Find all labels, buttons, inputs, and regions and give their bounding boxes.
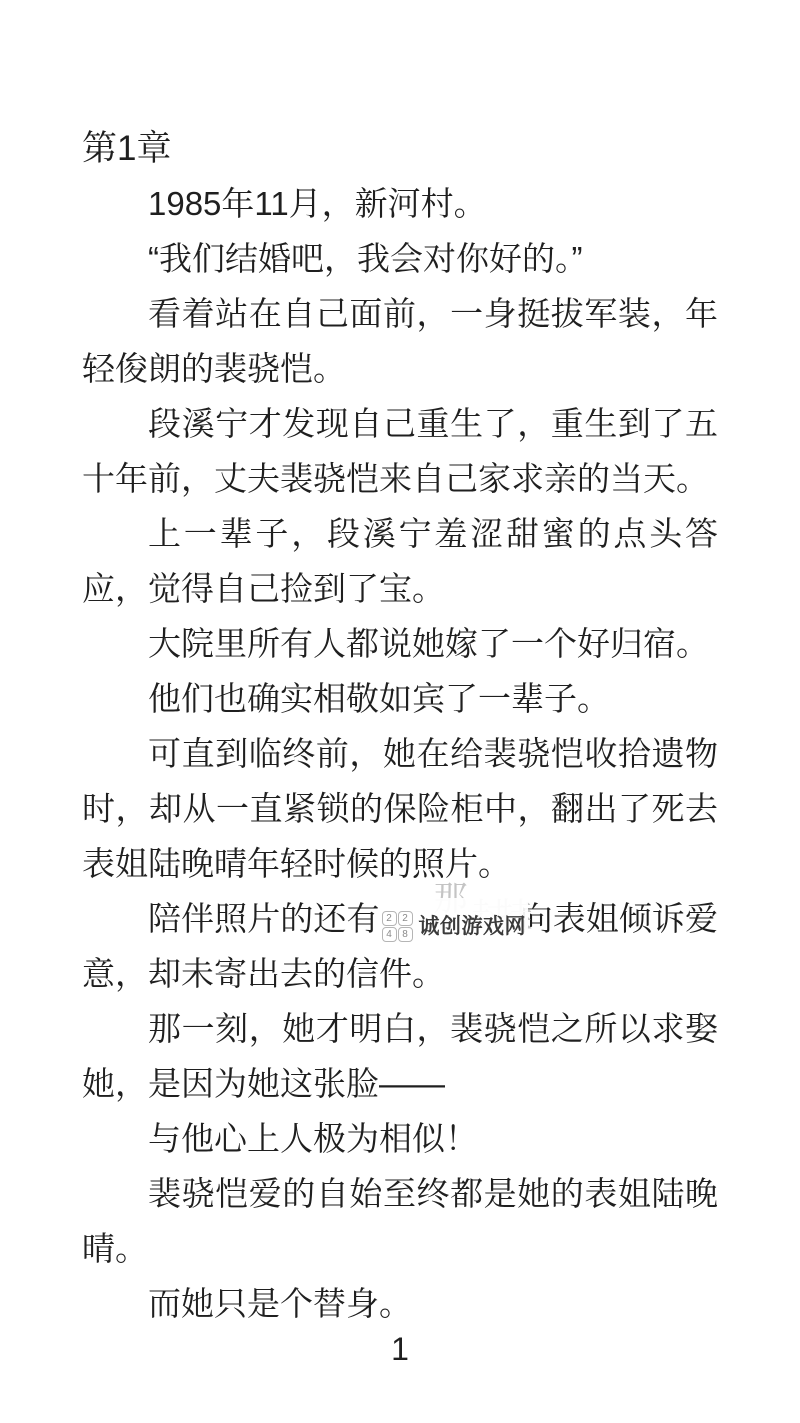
- paragraph: 看着站在自己面前，一身挺拔军装，年轻俊朗的裴骁恺。: [82, 286, 718, 396]
- watermark-site-name: 诚创游戏网: [419, 899, 527, 954]
- paragraph: 1985年11月，新河村。: [82, 176, 718, 231]
- site-watermark: 那封挂2248诚创游戏网: [380, 895, 520, 939]
- paragraph: 大院里所有人都说她嫁了一个好归宿。: [82, 616, 718, 671]
- watermark-digit: 8: [398, 927, 413, 942]
- page-number: 1: [0, 1330, 800, 1368]
- novel-page: 第1章 1985年11月，新河村。 “我们结婚吧，我会对你好的。” 看着站在自己…: [0, 0, 800, 1423]
- paragraph: 可直到临终前，她在给裴骁恺收拾遗物时，却从一直紧锁的保险柜中，翻出了死去表姐陆晚…: [82, 726, 718, 891]
- paragraph: 那一刻，她才明白，裴骁恺之所以求娶她，是因为她这张脸——: [82, 1001, 718, 1111]
- paragraph: 段溪宁才发现自己重生了，重生到了五十年前，丈夫裴骁恺来自己家求亲的当天。: [82, 396, 718, 506]
- chapter-content: 第1章 1985年11月，新河村。 “我们结婚吧，我会对你好的。” 看着站在自己…: [82, 121, 718, 1331]
- paragraph: 上一辈子，段溪宁羞涩甜蜜的点头答应，觉得自己捡到了宝。: [82, 506, 718, 616]
- paragraph: 与他心上人极为相似！: [82, 1111, 718, 1166]
- watermark-logo: 2248诚创游戏网: [380, 898, 529, 955]
- watermark-digit: 4: [382, 927, 397, 942]
- watermark-digit: 2: [382, 911, 397, 926]
- paragraph: 他们也确实相敬如宾了一辈子。: [82, 671, 718, 726]
- paragraph: 裴骁恺爱的自始至终都是她的表姐陆晚晴。: [82, 1166, 718, 1276]
- paragraph: 而她只是个替身。: [82, 1276, 718, 1331]
- watermark-paragraph-text-before: 陪伴照片的还有: [148, 900, 380, 937]
- paragraph-with-watermark: 陪伴照片的还有那封挂2248诚创游戏网向表姐倾诉爱意，却未寄出去的信件。: [82, 891, 718, 1001]
- paragraph: “我们结婚吧，我会对你好的。”: [82, 231, 718, 286]
- watermark-digit-grid: 2248: [382, 911, 413, 942]
- watermark-digit: 2: [398, 911, 413, 926]
- chapter-title: 第1章: [82, 121, 718, 176]
